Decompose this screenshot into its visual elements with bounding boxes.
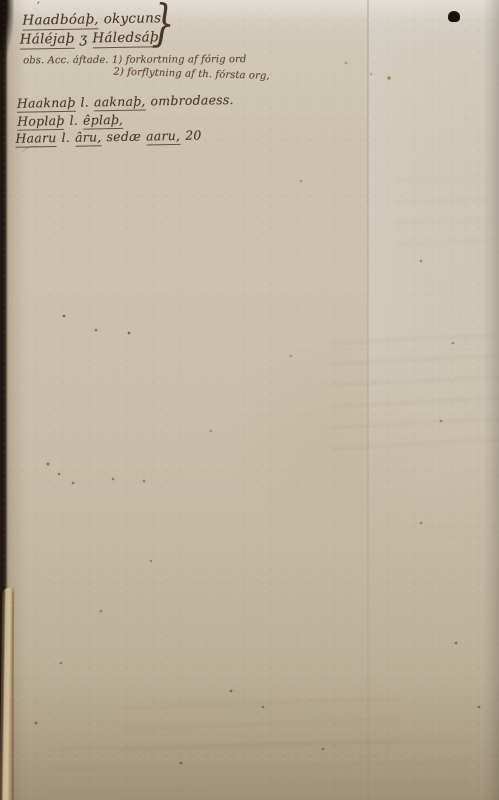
paper-specks [0, 0, 2, 2]
note-text: 2) forflytning af th. fórsta org, [113, 66, 270, 81]
entry-line-4: Hoplaþl.êplaþ, [17, 112, 123, 129]
gloss: ombrodaess. [150, 92, 234, 108]
ink-blot [448, 11, 460, 22]
note-text: obs. Acc. áftade. 1) forkortning af fóri… [23, 54, 246, 66]
underpage-crease-line [12, 592, 14, 800]
gloss-word: aaru, [146, 128, 180, 145]
faint-stain [220, 340, 440, 540]
grouping-brace: } [151, 0, 175, 49]
headword: Haaknaþ [17, 95, 76, 113]
number: 20 [185, 128, 202, 143]
headword: Háledsáþ [92, 29, 159, 48]
headword: Hoplaþ [17, 113, 65, 130]
manuscript-page: ʹ Haadbóaþ,okycuns. HáléjaþʒHáledsáþ } o… [0, 0, 499, 800]
headword: Haadbóaþ, [22, 11, 99, 30]
bottom-vignette [0, 670, 499, 800]
entry-line-5: Haarul.âru,sedæaaru,20 [15, 128, 201, 146]
entry-line-3: Haaknaþl.aaknaþ,ombrodaess. [17, 92, 234, 111]
headword: Haaru [15, 130, 56, 147]
note-line-2: 2) forflytning af th. fórsta org, [113, 66, 270, 81]
abbreviation: l. [61, 130, 70, 145]
gloss-word: sedæ [106, 129, 141, 145]
headword: Háléjaþ [20, 31, 75, 49]
abbreviation: l. [69, 113, 78, 128]
abbreviation: l. [80, 94, 89, 109]
variant-word: êplaþ, [83, 112, 123, 129]
entry-line-1: Haadbóaþ,okycuns. [22, 10, 166, 29]
entry-line-2: HáléjaþʒHáledsáþ [20, 29, 159, 47]
variant-word: âru, [75, 129, 102, 146]
conjunction: ʒ [79, 30, 87, 46]
note-line-1: obs. Acc. áftade. 1) forkortning af fóri… [23, 54, 246, 66]
binding-corner-shadow [0, 0, 14, 60]
variant-word: aaknaþ, [94, 93, 146, 110]
